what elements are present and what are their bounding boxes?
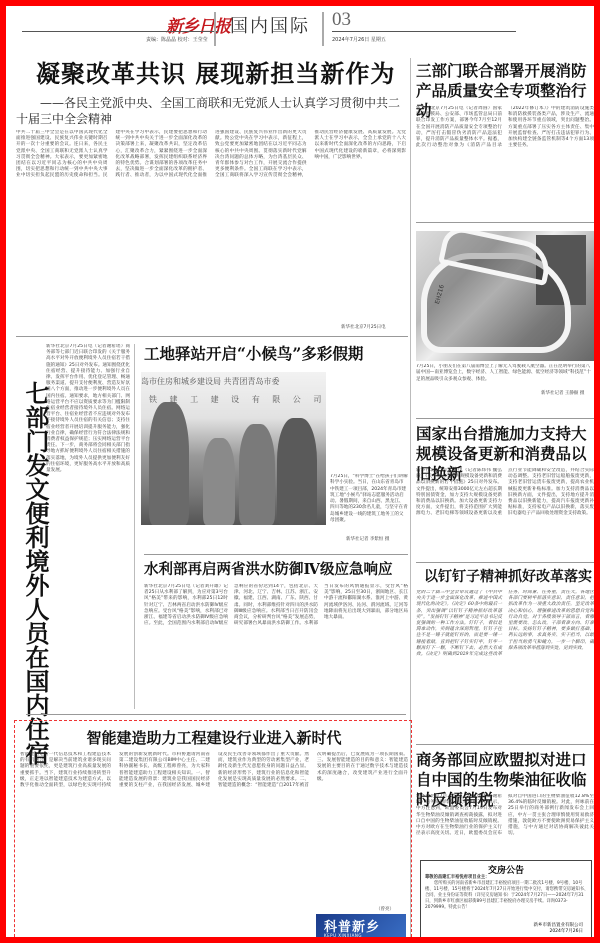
kepu-subtitle: KEPU XINXIANG	[324, 933, 362, 937]
divider	[416, 418, 594, 419]
date-line: 2024年7月26日 星期五	[332, 36, 386, 43]
banner-text: 岛市住房和城乡建设局 共青团青岛市委	[141, 376, 280, 387]
headline[interactable]: 水利部再启两省洪水防御Ⅳ级应急响应	[144, 560, 410, 579]
vertical-headline[interactable]: 七部门发文便利境外人员在国内住宿	[20, 381, 48, 765]
photo-kids-experiment[interactable]: 岛市住房和城乡建设局 共青团青岛市委 铁 建 工 建 设 有 限 公 司	[141, 372, 326, 525]
article-body: 智能建造是新一代信息技术和工程建造技术的有机融合，是解决当前建筑业诸多现实问题的…	[20, 752, 408, 937]
newspaper-page: 新乡日报 国内国际 03 责编：陈晶晶 校对：王莹莹 2024年7月26日 星期…	[6, 6, 594, 937]
article-credit: 新华社北京7月25日电	[341, 324, 386, 330]
photo-caption: 7月25日，小朋友们在第八届南博会上了解无人驾驶载人航空器。正在昆明举行的第八届…	[416, 364, 594, 390]
notice-date: 2024年7月26日	[534, 929, 584, 935]
housing-notice[interactable]: 交房公告 尊敬的昌建汇丰裕悦府项目业主： 您所购买的河南省新乡市昌建汇丰裕悦府项…	[420, 860, 592, 937]
newspaper-logo[interactable]: 新乡日报	[166, 12, 230, 37]
notice-signature: 新乡市新昌置业有限公司 2024年7月26日	[534, 923, 584, 935]
notice-text: 您所购买的河南省新乡市昌建汇丰裕悦府项目一期二批次1号楼、9号楼、10号楼、11…	[425, 881, 589, 911]
notice-body: 尊敬的昌建汇丰裕悦府项目业主： 您所购买的河南省新乡市昌建汇丰裕悦府项目一期二批…	[425, 875, 589, 911]
article-body: 新华社北京7月25日电（记者谢希瑶）商务部等七部门近日联合印发的《关于服务高水平…	[46, 344, 130, 706]
divider	[322, 12, 324, 46]
headline[interactable]: 以钉钉子精神抓好改革落实	[424, 568, 594, 586]
photo-caption: 7月25日，“科学博士”在给孩子们讲解科学小实验。当日，在山东省青岛市中铁建工一…	[330, 474, 408, 536]
divider	[332, 31, 516, 32]
section-title: 国内国际	[230, 12, 310, 38]
divider	[16, 336, 408, 337]
page-number: 03	[332, 9, 351, 31]
editor-line: 责编：陈晶晶 校对：王莹莹	[146, 36, 208, 43]
photo-credit: 新华社记者 李紫恒 摄	[346, 536, 389, 542]
article-body: 党的二十届三中全会审议通过了《中共中央关于进一步全面深化改革、推进中国式现代化的…	[416, 590, 594, 738]
divider	[22, 31, 218, 32]
divider	[214, 12, 216, 46]
divider	[416, 562, 594, 563]
article-author: （曾亮）	[376, 906, 394, 912]
divider	[416, 222, 594, 223]
column-divider	[134, 344, 135, 709]
article-body: 新华社北京7月25日电（记者陈炜伟 魏弘毅）《关于加力支持大规模设备更新和消费品…	[416, 468, 594, 556]
person	[149, 402, 189, 525]
divider	[144, 554, 408, 555]
headline[interactable]: 工地驿站开启“小候鸟”多彩假期	[144, 344, 410, 364]
subheadline: ——各民主党派中央、全国工商联和无党派人士认真学习贯彻中共二十届三中全会精神	[16, 95, 408, 127]
headline[interactable]: 凝聚改革共识 展现新担当新作为	[36, 61, 395, 89]
article-body: 新华社北京7月25日电（记者刘开雄）记者25日从水利部了解到，为应对第3号台风“…	[144, 584, 408, 708]
lead-article-body: 中共二十届三中全会是在以中国式现代化全面推进强国建设、民族复兴伟业关键时期召开的…	[16, 130, 406, 322]
divider	[26, 714, 406, 715]
masthead: 新乡日报 国内国际 03 责编：陈晶晶 校对：王莹莹 2024年7月26日 星期…	[6, 6, 594, 50]
person	[239, 424, 275, 525]
kepu-xinxiang-badge[interactable]: 科普新乡 KEPU XINXIANG	[316, 914, 406, 937]
photo-flying-car[interactable]: EH216	[416, 231, 594, 361]
photo-credit: 新华社记者 王静颐 摄	[541, 390, 584, 396]
article-body: 新华社北京7月25日电（记者周圆）国家消防救援局、公安部、市场监管总局日前联合印…	[416, 106, 594, 218]
person	[203, 438, 235, 525]
headline[interactable]: 智能建造助力工程建设行业进入新时代	[20, 728, 408, 748]
divider	[416, 744, 594, 745]
person	[277, 418, 317, 525]
article-body: 新华社北京7月25日电（记者唐诗凝 谢希瑶）商务部新闻发言人何咏前25日表示，中…	[416, 794, 594, 854]
